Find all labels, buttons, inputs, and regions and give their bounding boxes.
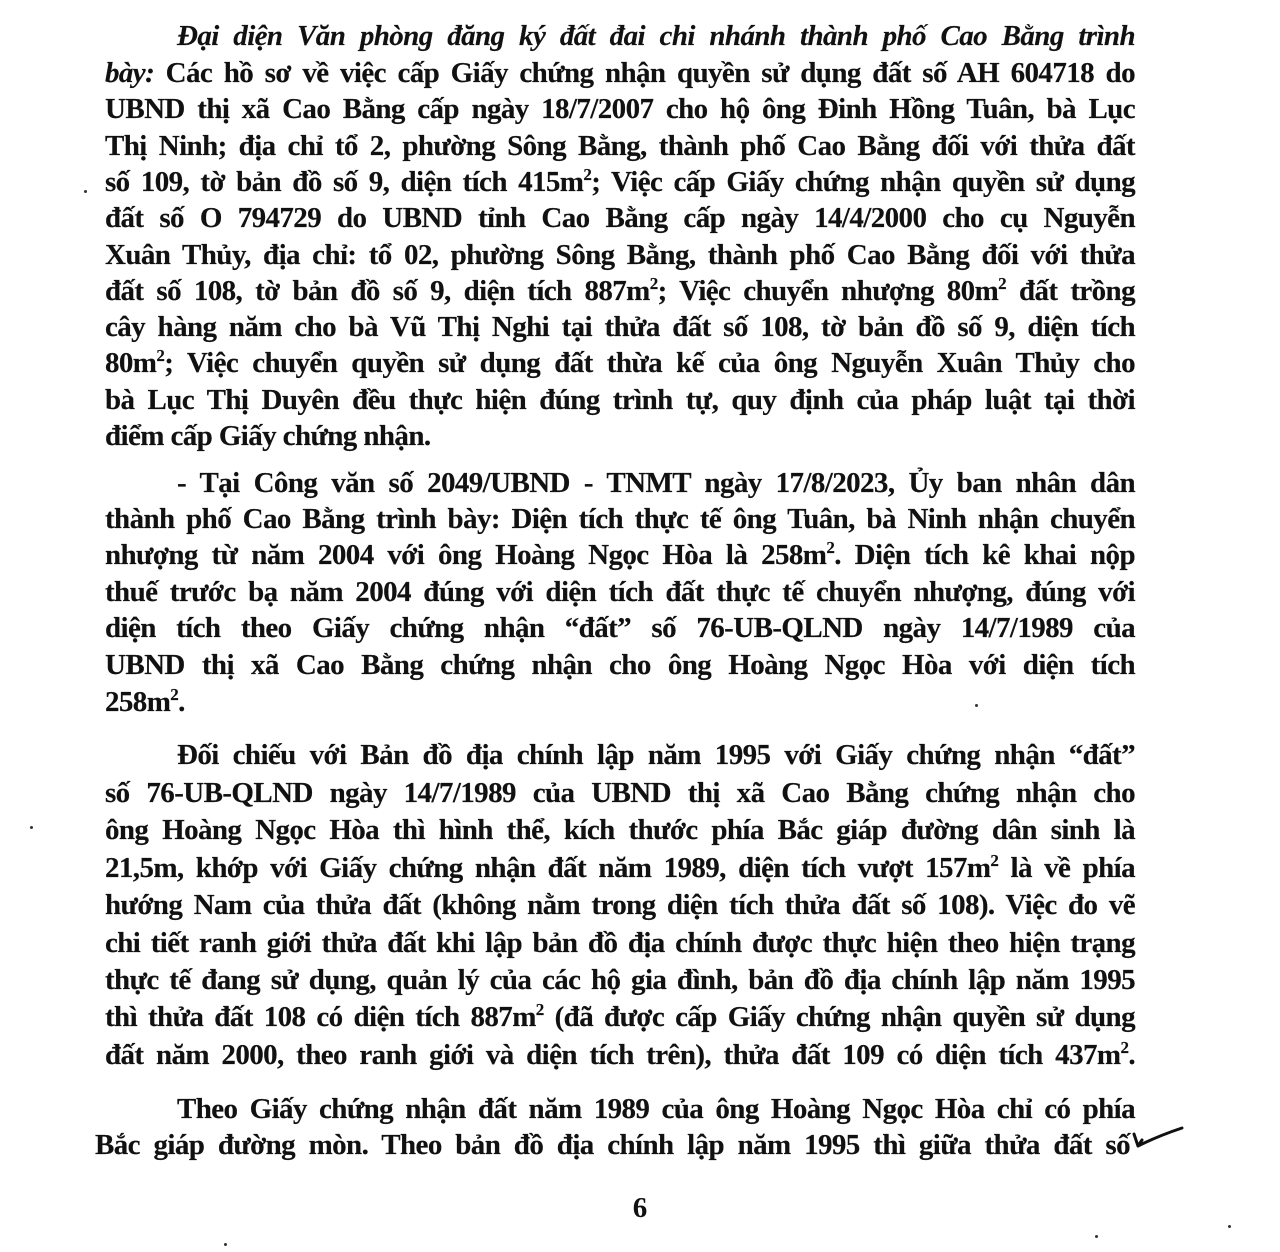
paragraph-4-line-1: Theo Giấy chứng nhận đất năm 1989 của ôn… — [105, 1091, 1135, 1127]
line-text: Theo Giấy chứng nhận đất năm 1989 của ôn… — [177, 1093, 1135, 1125]
line-text: . — [178, 686, 185, 718]
line-text: UBND thị xã Cao Bằng cấp ngày 18/7/2007 … — [105, 93, 1135, 125]
line-text: thuế trước bạ năm 2004 đúng với diện tíc… — [105, 576, 1135, 608]
line-text: số 76-UB-QLND ngày 14/7/1989 của UBND th… — [105, 777, 1135, 809]
paragraph-2-line-4: thuế trước bạ năm 2004 đúng với diện tíc… — [105, 574, 1135, 610]
document-page: Đại diện Văn phòng đăng ký đất đai chi n… — [0, 0, 1280, 1252]
line-text: đất trồng — [1006, 275, 1135, 307]
line-text: đất năm 2000, theo ranh giới và diện tíc… — [105, 1039, 1120, 1071]
scan-speck — [1095, 1235, 1098, 1238]
line-text: diện tích theo Giấy chứng nhận “đất” số … — [105, 612, 1135, 644]
line-text: ; Việc chuyển quyền sử dụng đất thừa kế … — [164, 347, 1135, 379]
paragraph-2-line-3: nhượng từ năm 2004 với ông Hoàng Ngọc Hò… — [105, 537, 1135, 573]
line-text: UBND thị xã Cao Bằng chứng nhận cho ông … — [105, 649, 1135, 681]
line-text: thì thửa đất 108 có diện tích 887m — [105, 1001, 536, 1033]
line-text: chi tiết ranh giới thửa đất khi lập bản … — [105, 927, 1135, 959]
paragraph-1-line-8: đất số 108, tờ bản đồ số 9, diện tích 88… — [105, 273, 1135, 309]
line-text: . Diện tích kê khai nộp — [834, 539, 1135, 571]
scan-speck — [84, 190, 87, 193]
paragraph-3-line-9: đất năm 2000, theo ranh giới và diện tíc… — [105, 1037, 1135, 1073]
line-text: Các hồ sơ về việc cấp Giấy chứng nhận qu… — [154, 57, 1135, 89]
page-number: 6 — [0, 1190, 1280, 1226]
paragraph-3-line-1: Đối chiếu với Bản đồ địa chính lập năm 1… — [105, 737, 1135, 773]
paragraph-3-line-8: thì thửa đất 108 có diện tích 887m2 (đã … — [105, 999, 1135, 1035]
scan-speck — [1228, 1225, 1231, 1228]
superscript: 2 — [536, 1000, 544, 1019]
line-text: ông Hoàng Ngọc Hòa thì hình thể, kích th… — [105, 814, 1135, 846]
line-text: là về phía — [998, 852, 1135, 884]
paragraph-3-line-2: số 76-UB-QLND ngày 14/7/1989 của UBND th… — [105, 775, 1135, 811]
line-text: Đối chiếu với Bản đồ địa chính lập năm 1… — [177, 739, 1135, 771]
line-text: 80m — [105, 347, 156, 379]
paragraph-2-line-7: 258m2. — [105, 684, 1135, 720]
line-text: Xuân Thủy, địa chỉ: tổ 02, phường Sông B… — [105, 239, 1135, 271]
paragraph-3-line-6: chi tiết ranh giới thửa đất khi lập bản … — [105, 925, 1135, 961]
paragraph-1-line-6: đất số O 794729 do UBND tỉnh Cao Bằng cấ… — [105, 200, 1135, 236]
handwritten-checkmark-icon — [1128, 1124, 1188, 1154]
line-text: - Tại Công văn số 2049/UBND - TNMT ngày … — [177, 467, 1135, 499]
line-text: 258m — [105, 686, 170, 718]
line-text: thực tế đang sử dụng, quản lý của các hộ… — [105, 964, 1135, 996]
line-text: (đã được cấp Giấy chứng nhận quyền sử dụ… — [544, 1001, 1135, 1033]
paragraph-3-line-3: ông Hoàng Ngọc Hòa thì hình thể, kích th… — [105, 812, 1135, 848]
superscript: 2 — [650, 274, 658, 293]
paragraph-2-line-1: - Tại Công văn số 2049/UBND - TNMT ngày … — [105, 465, 1135, 501]
paragraph-2-line-5: diện tích theo Giấy chứng nhận “đất” số … — [105, 610, 1135, 646]
paragraph-1-line-5: số 109, tờ bản đồ số 9, diện tích 415m2;… — [105, 164, 1135, 200]
paragraph-1-line-2: bày: Các hồ sơ về việc cấp Giấy chứng nh… — [105, 55, 1135, 91]
italic-lead: Đại diện Văn phòng đăng ký đất đai chi n… — [177, 20, 1135, 52]
paragraph-2-line-6: UBND thị xã Cao Bằng chứng nhận cho ông … — [105, 647, 1135, 683]
paragraph-1-line-1: Đại diện Văn phòng đăng ký đất đai chi n… — [105, 18, 1135, 54]
line-text: ; Việc chuyển nhượng 80m — [658, 275, 999, 307]
paragraph-1-line-9: cây hàng năm cho bà Vũ Thị Nghi tại thửa… — [105, 309, 1135, 345]
line-text: đất số O 794729 do UBND tỉnh Cao Bằng cấ… — [105, 202, 1135, 234]
superscript: 2 — [998, 274, 1006, 293]
line-text: 21,5m, khớp với Giấy chứng nhận đất năm … — [105, 852, 990, 884]
paragraph-1-line-4: Thị Ninh; địa chỉ tổ 2, phường Sông Bằng… — [105, 128, 1135, 164]
paragraph-3-line-5: hướng Nam của thửa đất (không nằm trong … — [105, 887, 1135, 923]
scan-speck — [30, 826, 33, 829]
line-text: hướng Nam của thửa đất (không nằm trong … — [105, 889, 1135, 921]
paragraph-1-line-3: UBND thị xã Cao Bằng cấp ngày 18/7/2007 … — [105, 91, 1135, 127]
line-text: ; Việc cấp Giấy chứng nhận quyền sử dụng — [591, 166, 1135, 198]
line-text: số 109, tờ bản đồ số 9, diện tích 415m — [105, 166, 583, 198]
line-text: Thị Ninh; địa chỉ tổ 2, phường Sông Bằng… — [105, 130, 1135, 162]
paragraph-3-line-7: thực tế đang sử dụng, quản lý của các hộ… — [105, 962, 1135, 998]
paragraph-1-line-12: điểm cấp Giấy chứng nhận. — [105, 418, 1135, 454]
line-text: đất số 108, tờ bản đồ số 9, diện tích 88… — [105, 275, 650, 307]
line-text: nhượng từ năm 2004 với ông Hoàng Ngọc Hò… — [105, 539, 826, 571]
paragraph-4-line-2: Bắc giáp đường mòn. Theo bản đồ địa chín… — [95, 1127, 1130, 1163]
paragraph-3-line-4: 21,5m, khớp với Giấy chứng nhận đất năm … — [105, 850, 1135, 886]
paragraph-2-line-2: thành phố Cao Bằng trình bày: Diện tích … — [105, 501, 1135, 537]
paragraph-1-line-10: 80m2; Việc chuyển quyền sử dụng đất thừa… — [105, 345, 1135, 381]
line-text: điểm cấp Giấy chứng nhận. — [105, 420, 431, 452]
line-text: bà Lục Thị Duyên đều thực hiện đúng trìn… — [105, 384, 1135, 416]
italic-lead: bày: — [105, 57, 154, 89]
scan-speck — [975, 704, 978, 707]
line-text: . — [1128, 1039, 1135, 1071]
superscript: 2 — [170, 685, 178, 704]
paragraph-1-line-11: bà Lục Thị Duyên đều thực hiện đúng trìn… — [105, 382, 1135, 418]
line-text: Bắc giáp đường mòn. Theo bản đồ địa chín… — [95, 1129, 1130, 1161]
line-text: thành phố Cao Bằng trình bày: Diện tích … — [105, 503, 1135, 535]
paragraph-1-line-7: Xuân Thủy, địa chỉ: tổ 02, phường Sông B… — [105, 237, 1135, 273]
line-text: cây hàng năm cho bà Vũ Thị Nghi tại thửa… — [105, 311, 1135, 343]
scan-speck — [224, 1243, 227, 1246]
